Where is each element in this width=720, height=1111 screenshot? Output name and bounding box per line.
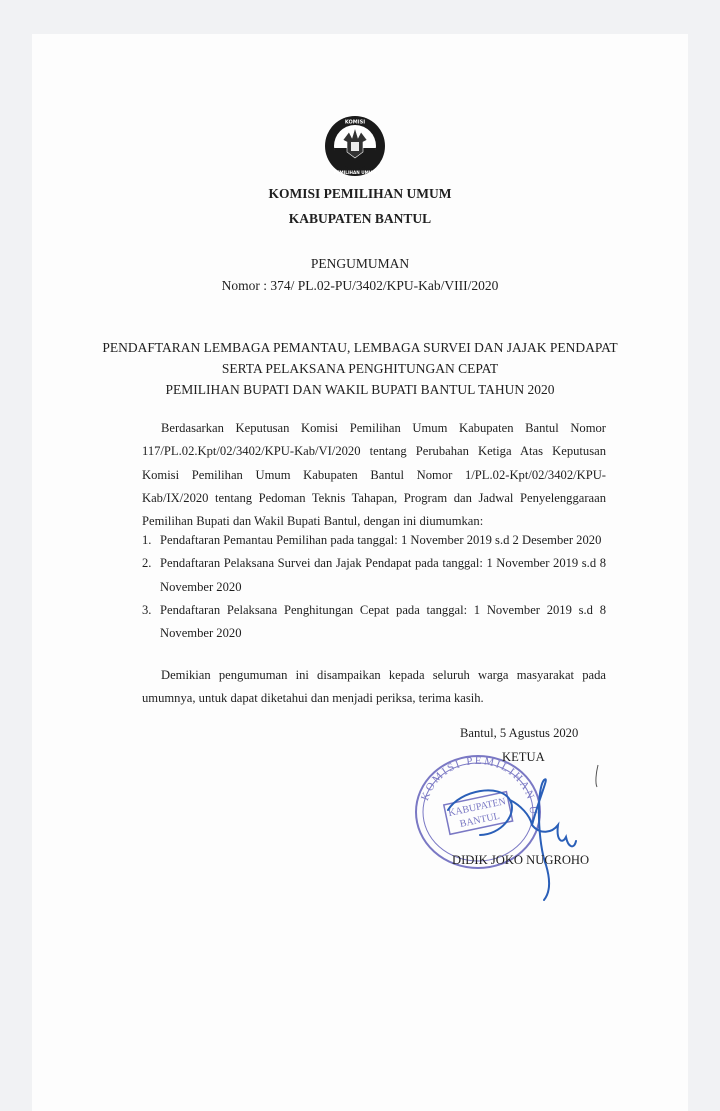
list-text: Pendaftaran Pemantau Pemilihan pada tang… (160, 529, 606, 552)
organization-region: KABUPATEN BANTUL (0, 211, 720, 227)
list-text: Pendaftaran Pelaksana Survei dan Jajak P… (160, 552, 606, 599)
svg-text:PEMILIHAN UMUM: PEMILIHAN UMUM (334, 170, 377, 175)
list-number: 2. (142, 552, 160, 599)
kpu-emblem-icon: KOMISI PEMILIHAN UMUM (323, 114, 387, 178)
title-line: PEMILIHAN BUPATI DAN WAKIL BUPATI BANTUL… (0, 382, 720, 398)
list-item: 3. Pendaftaran Pelaksana Penghitungan Ce… (142, 599, 606, 646)
organization-name: KOMISI PEMILIHAN UMUM (0, 186, 720, 202)
handwritten-signature-icon (440, 755, 610, 905)
list-number: 3. (142, 599, 160, 646)
document-number: Nomor : 374/ PL.02-PU/3402/KPU-Kab/VIII/… (0, 278, 720, 294)
signatory-name: DIDIK JOKO NUGROHO (452, 853, 589, 868)
list-number: 1. (142, 529, 160, 552)
closing-paragraph: Demikian pengumuman ini disampaikan kepa… (142, 664, 606, 711)
svg-text:KOMISI: KOMISI (345, 120, 365, 126)
title-line: PENDAFTARAN LEMBAGA PEMANTAU, LEMBAGA SU… (0, 340, 720, 356)
place-date: Bantul, 5 Agustus 2020 (460, 726, 578, 741)
list-item: 2. Pendaftaran Pelaksana Survei dan Jaja… (142, 552, 606, 599)
title-line: SERTA PELAKSANA PENGHITUNGAN CEPAT (0, 361, 720, 377)
announcement-label: PENGUMUMAN (0, 256, 720, 272)
list-text: Pendaftaran Pelaksana Penghitungan Cepat… (160, 599, 606, 646)
intro-paragraph: Berdasarkan Keputusan Komisi Pemilihan U… (142, 417, 606, 533)
announcement-list: 1. Pendaftaran Pemantau Pemilihan pada t… (142, 529, 606, 645)
list-item: 1. Pendaftaran Pemantau Pemilihan pada t… (142, 529, 606, 552)
